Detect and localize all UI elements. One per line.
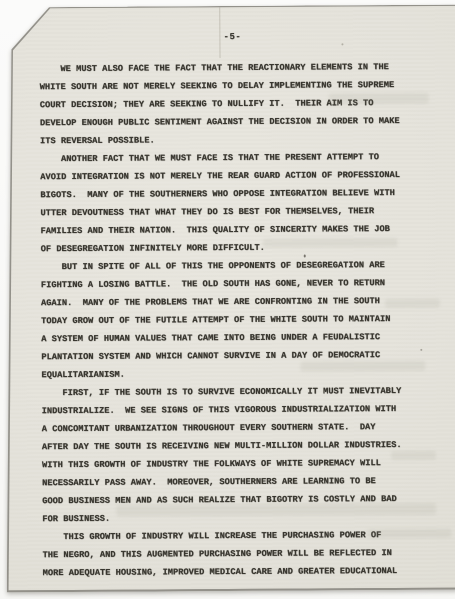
bleed-through-smudge bbox=[391, 451, 436, 460]
ink-speck bbox=[341, 43, 343, 45]
bleed-through-smudge bbox=[385, 299, 440, 308]
bleed-through-smudge bbox=[300, 361, 425, 372]
ink-speck bbox=[304, 255, 306, 258]
paper-sheet: -5- WE MUST ALSO FACE THE FACT THAT THE … bbox=[3, 5, 455, 593]
bleed-through-smudge bbox=[366, 529, 451, 539]
document-page: -5- WE MUST ALSO FACE THE FACT THAT THE … bbox=[0, 0, 455, 599]
bleed-through-smudge bbox=[263, 238, 398, 248]
bleed-through-smudge bbox=[116, 503, 436, 517]
ink-speck bbox=[420, 349, 422, 351]
page-number: -5- bbox=[49, 29, 415, 45]
paper-face: -5- WE MUST ALSO FACE THE FACT THAT THE … bbox=[3, 5, 455, 593]
bleed-through-smudge bbox=[329, 93, 429, 105]
